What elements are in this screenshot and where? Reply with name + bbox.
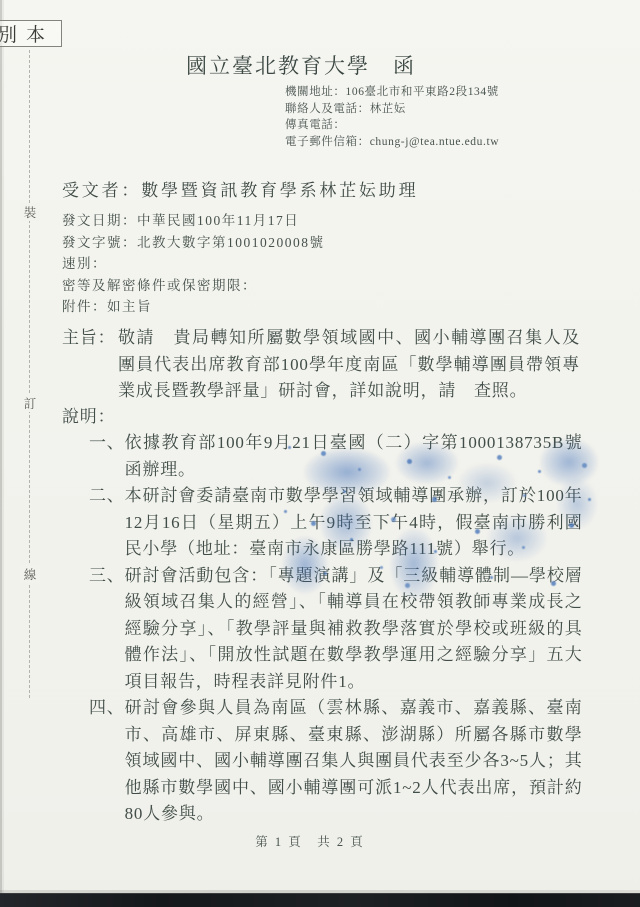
- explanation-item-4: 四、 研討會參與人員為南區（雲林縣、嘉義市、嘉義縣、臺南市、高雄市、屏東縣、臺東…: [89, 695, 583, 828]
- scan-edge-shadow: [2, 0, 4, 907]
- explanation-item-1: 一、 依據教育部100年9月21日臺國（二）字第1000138735B號函辦理。: [89, 430, 583, 483]
- item-text: 研討會參與人員為南區（雲林縣、嘉義市、嘉義縣、臺南市、高雄市、屏東縣、臺東縣、澎…: [125, 695, 583, 828]
- item-text: 依據教育部100年9月21日臺國（二）字第1000138735B號函辦理。: [125, 430, 583, 483]
- contact-person-line: 聯絡人及電話：林芷妘: [285, 101, 499, 118]
- priority-line: 速別：: [62, 253, 325, 275]
- item-number: 三、: [89, 563, 125, 590]
- page-number-footer: 第 1 頁 共 2 頁: [0, 832, 620, 850]
- subject-section: 主旨： 敬請 貴局轉知所屬數學領域國中、國小輔導團召集人及團員代表出席教育部10…: [62, 325, 582, 405]
- email-line: 電子郵件信箱：chung-j@tea.ntue.edu.tw: [285, 134, 499, 151]
- subject-text: 敬請 貴局轉知所屬數學領域國中、國小輔導團召集人及團員代表出席教育部100學年度…: [118, 325, 580, 405]
- item-number: 二、: [89, 483, 125, 510]
- item-number: 四、: [89, 695, 125, 722]
- fax-line: 傳真電話：: [285, 117, 499, 134]
- agency-info-block: 機關地址：106臺北市和平東路2段134號 聯絡人及電話：林芷妘 傳真電話： 電…: [285, 84, 499, 150]
- item-number: 一、: [89, 430, 125, 457]
- scan-bottom-bar: [0, 893, 640, 907]
- attachment-line: 附件：如主旨: [62, 296, 325, 318]
- item-text: 研討會活動包含：「專題演講」及「三級輔導體制—學校層級領域召集人的經營」、「輔導…: [125, 563, 583, 696]
- document-meta-block: 發文日期：中華民國100年11月17日 發文字號：北教大數字第100102000…: [62, 210, 325, 318]
- binding-mark-xian: 線: [20, 565, 40, 583]
- binding-mark-zhuang: 裝: [20, 203, 40, 221]
- binding-mark-ding: 訂: [20, 394, 40, 412]
- explanation-item-2: 二、 本研討會委請臺南市數學學習領域輔導團承辦，訂於100年12月16日（星期五…: [89, 483, 583, 563]
- issue-number-line: 發文字號：北教大數字第1001020008號: [62, 232, 325, 254]
- recipient-line: 受文者：數學暨資訊教育學系林芷妘助理: [62, 176, 418, 201]
- document-title: 國立臺北教育大學 函: [186, 50, 416, 80]
- binding-dashed-line: [29, 50, 30, 698]
- issue-date-line: 發文日期：中華民國100年11月17日: [62, 210, 325, 232]
- item-text: 本研討會委請臺南市數學學習領域輔導團承辦，訂於100年12月16日（星期五）上午…: [125, 483, 583, 563]
- duplicate-copy-stamp-label: 別本: [0, 20, 54, 47]
- agency-address-line: 機關地址：106臺北市和平東路2段134號: [285, 84, 499, 101]
- explanation-label: 說明：: [62, 404, 115, 431]
- duplicate-copy-stamp: 別本: [0, 20, 62, 47]
- explanation-items: 一、 依據教育部100年9月21日臺國（二）字第1000138735B號函辦理。…: [89, 430, 583, 828]
- security-classification-line: 密等及解密條件或保密期限：: [62, 275, 325, 297]
- subject-label: 主旨：: [62, 325, 118, 352]
- explanation-item-3: 三、 研討會活動包含：「專題演講」及「三級輔導體制—學校層級領域召集人的經營」、…: [89, 563, 583, 696]
